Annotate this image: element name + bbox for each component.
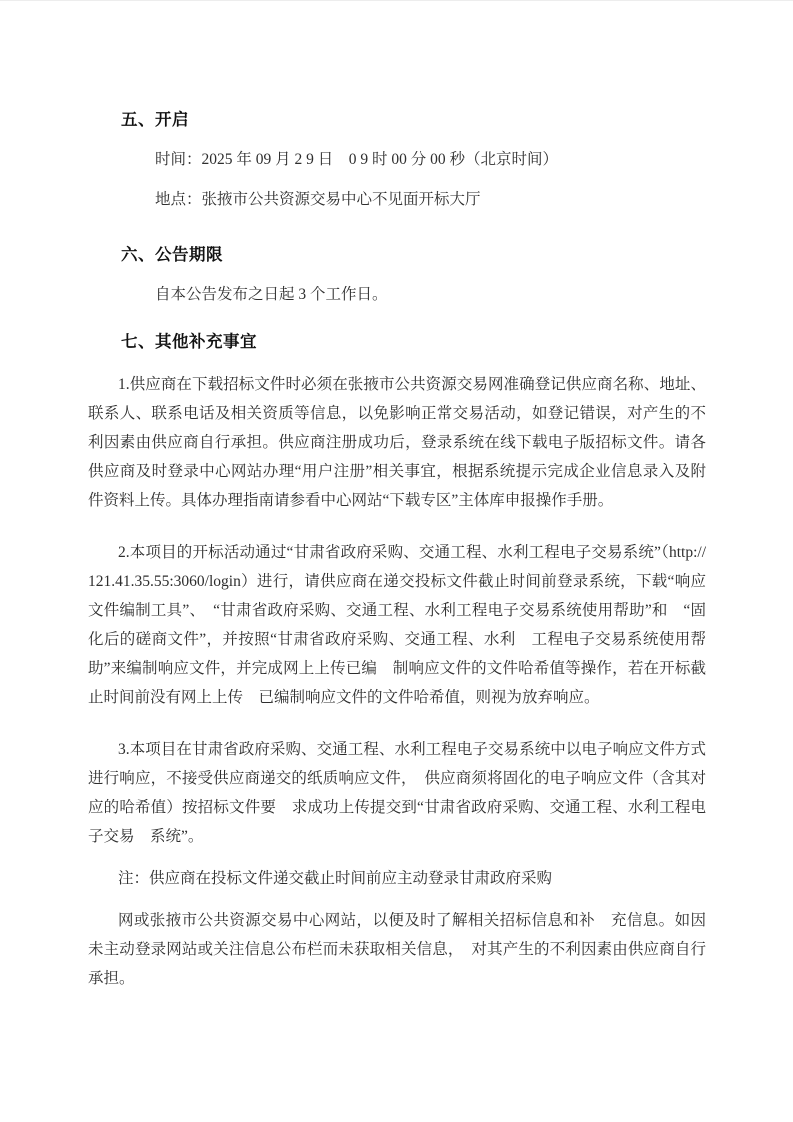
document-content: 五、开启 时间：2025 年 09 月 2 9 日 0 9 时 00 分 00 … [0, 1, 793, 993]
paragraph-registration-requirements: 1.供应商在下载招标文件时必须在张掖市公共资源交易网准确登记供应商名称、地址、联… [88, 370, 706, 515]
section-heading-opening: 五、开启 [121, 109, 706, 131]
paragraph-electronic-response: 3.本项目在甘肃省政府采购、交通工程、水利工程电子交易系统中以电子响应文件方式进… [88, 735, 706, 851]
paragraph-website-monitoring: 网或张掖市公共资源交易中心网站，以便及时了解相关招标信息和补 充信息。如因未主动… [88, 906, 706, 993]
opening-time-line: 时间：2025 年 09 月 2 9 日 0 9 时 00 分 00 秒（北京时… [155, 149, 706, 171]
announcement-period-line: 自本公告发布之日起 3 个工作日。 [155, 284, 706, 306]
opening-place-line: 地点：张掖市公共资源交易中心不见面开标大厅 [155, 189, 706, 211]
section-heading-announcement-period: 六、公告期限 [121, 244, 706, 266]
document-page: 五、开启 时间：2025 年 09 月 2 9 日 0 9 时 00 分 00 … [0, 0, 793, 1122]
section-heading-other-matters: 七、其他补充事宜 [121, 331, 706, 353]
paragraph-bid-opening-system: 2.本项目的开标活动通过“甘肃省政府采购、交通工程、水利工程电子交易系统”（ht… [88, 538, 706, 712]
paragraph-note: 注：供应商在投标文件递交截止时间前应主动登录甘肃政府采购 [88, 864, 706, 893]
